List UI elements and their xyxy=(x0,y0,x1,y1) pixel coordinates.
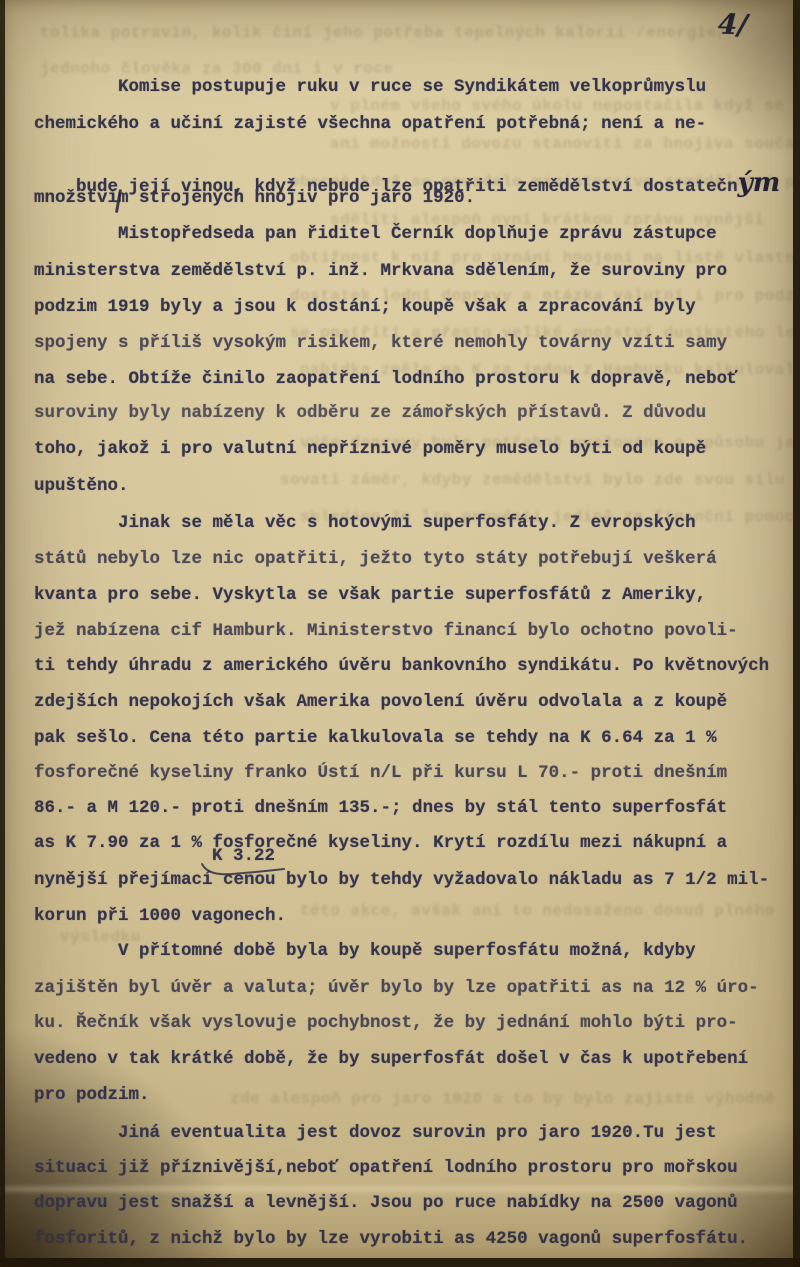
interline-price-insertion: K 3.22 xyxy=(212,846,275,866)
typed-line: korun při 1000 vagonech. xyxy=(34,905,286,927)
typed-line: ku. Řečník však vyslovuje pochybnost, že… xyxy=(34,1012,738,1034)
typed-line: upuštěno. xyxy=(34,475,129,497)
typed-line: Jiná eventualita jest dovoz surovin pro … xyxy=(34,1122,717,1144)
typed-line: bude její vinou, když nebude lze opatřit… xyxy=(34,150,780,220)
typed-line: chemického a učiní zajisté všechna opatř… xyxy=(34,113,706,135)
bleedthrough-text: zde alespoň pro jaro 1920 a to by bylo z… xyxy=(230,1090,775,1108)
typed-line: jež nabízena cif Hamburk. Ministerstvo f… xyxy=(34,620,738,642)
typed-line: pro podzim. xyxy=(34,1084,150,1106)
typed-line: as K 7.90 za 1 % fosforečné kyseliny. Kr… xyxy=(34,832,727,854)
typed-line: Jinak se měla věc s hotovými superfosfát… xyxy=(34,512,696,534)
typed-line: ti tehdy úhradu z amerického úvěru banko… xyxy=(34,655,769,677)
typed-line: spojeny s příliš vysokým risikem, které … xyxy=(34,332,727,354)
typed-line: V přítomné době byla by koupě superfosfá… xyxy=(34,940,696,962)
typed-line: států nebylo lze nic opatřiti, ježto tyt… xyxy=(34,548,717,570)
typed-line: 86.- a M 120.- proti dnešním 135.-; dnes… xyxy=(34,797,727,819)
typed-line: fosforitů, z nichž bylo by lze vyrobiti … xyxy=(34,1228,748,1250)
bleedthrough-text: této akce, avšak ani to nedosaženo dosud… xyxy=(300,902,775,920)
typed-line: ministerstva zemědělství p. inž. Mrkvana… xyxy=(34,260,727,282)
typed-line: fosforečné kyseliny franko Ústí n/L při … xyxy=(34,762,727,784)
typed-line: suroviny byly nabízeny k odběru ze zámoř… xyxy=(34,402,706,424)
typed-line: podzim 1919 byly a jsou k dostání; koupě… xyxy=(34,296,696,318)
typed-line: vedeno v tak krátké době, že by superfos… xyxy=(34,1048,748,1070)
ink-swoosh-underline xyxy=(198,861,288,879)
bleedthrough-text: sovati záměr, kdyby zemědělství bylo zde… xyxy=(280,471,800,489)
scan-edge-left xyxy=(0,0,5,1267)
typed-line: nynější přejímací cenou bylo by tehdy vy… xyxy=(34,869,769,891)
typed-line: množstvím strojených hnojiv pro jaro 192… xyxy=(34,187,475,209)
typed-line: zdejších nepokojích však Amerika povolen… xyxy=(34,691,727,713)
paper-fold-crease xyxy=(0,1186,800,1192)
typed-line: dopravu jest snažší a levnější. Jsou po … xyxy=(34,1192,738,1214)
handwritten-page-number: 4/ xyxy=(717,7,748,41)
typed-line: situaci již příznivější,neboť opatření l… xyxy=(34,1157,738,1179)
scan-edge-bottom xyxy=(0,1258,800,1267)
scan-edge-right xyxy=(793,0,800,1267)
bleedthrough-text: tolika potravin, kolik činí jeho potřeba… xyxy=(40,24,727,42)
typed-line: Mistopředseda pan řiditel Černík doplňuj… xyxy=(34,223,717,245)
handwritten-suffix-ym: ým xyxy=(738,168,781,198)
scanned-document-page: tolika potravin, kolik činí jeho potřeba… xyxy=(0,0,800,1267)
typed-line: pak sešlo. Cena této partie kalkulovala … xyxy=(34,727,717,749)
typed-line: na sebe. Obtíže činilo zaopatření lodníh… xyxy=(34,368,738,390)
typed-line: Komise postupuje ruku v ruce se Syndikát… xyxy=(34,76,706,98)
typed-line: toho, jakož i pro valutní nepříznivé pom… xyxy=(34,438,706,460)
typed-line: zajištěn byl úvěr a valuta; úvěr bylo by… xyxy=(34,977,759,999)
typed-line: kvanta pro sebe. Vyskytla se však partie… xyxy=(34,584,706,606)
